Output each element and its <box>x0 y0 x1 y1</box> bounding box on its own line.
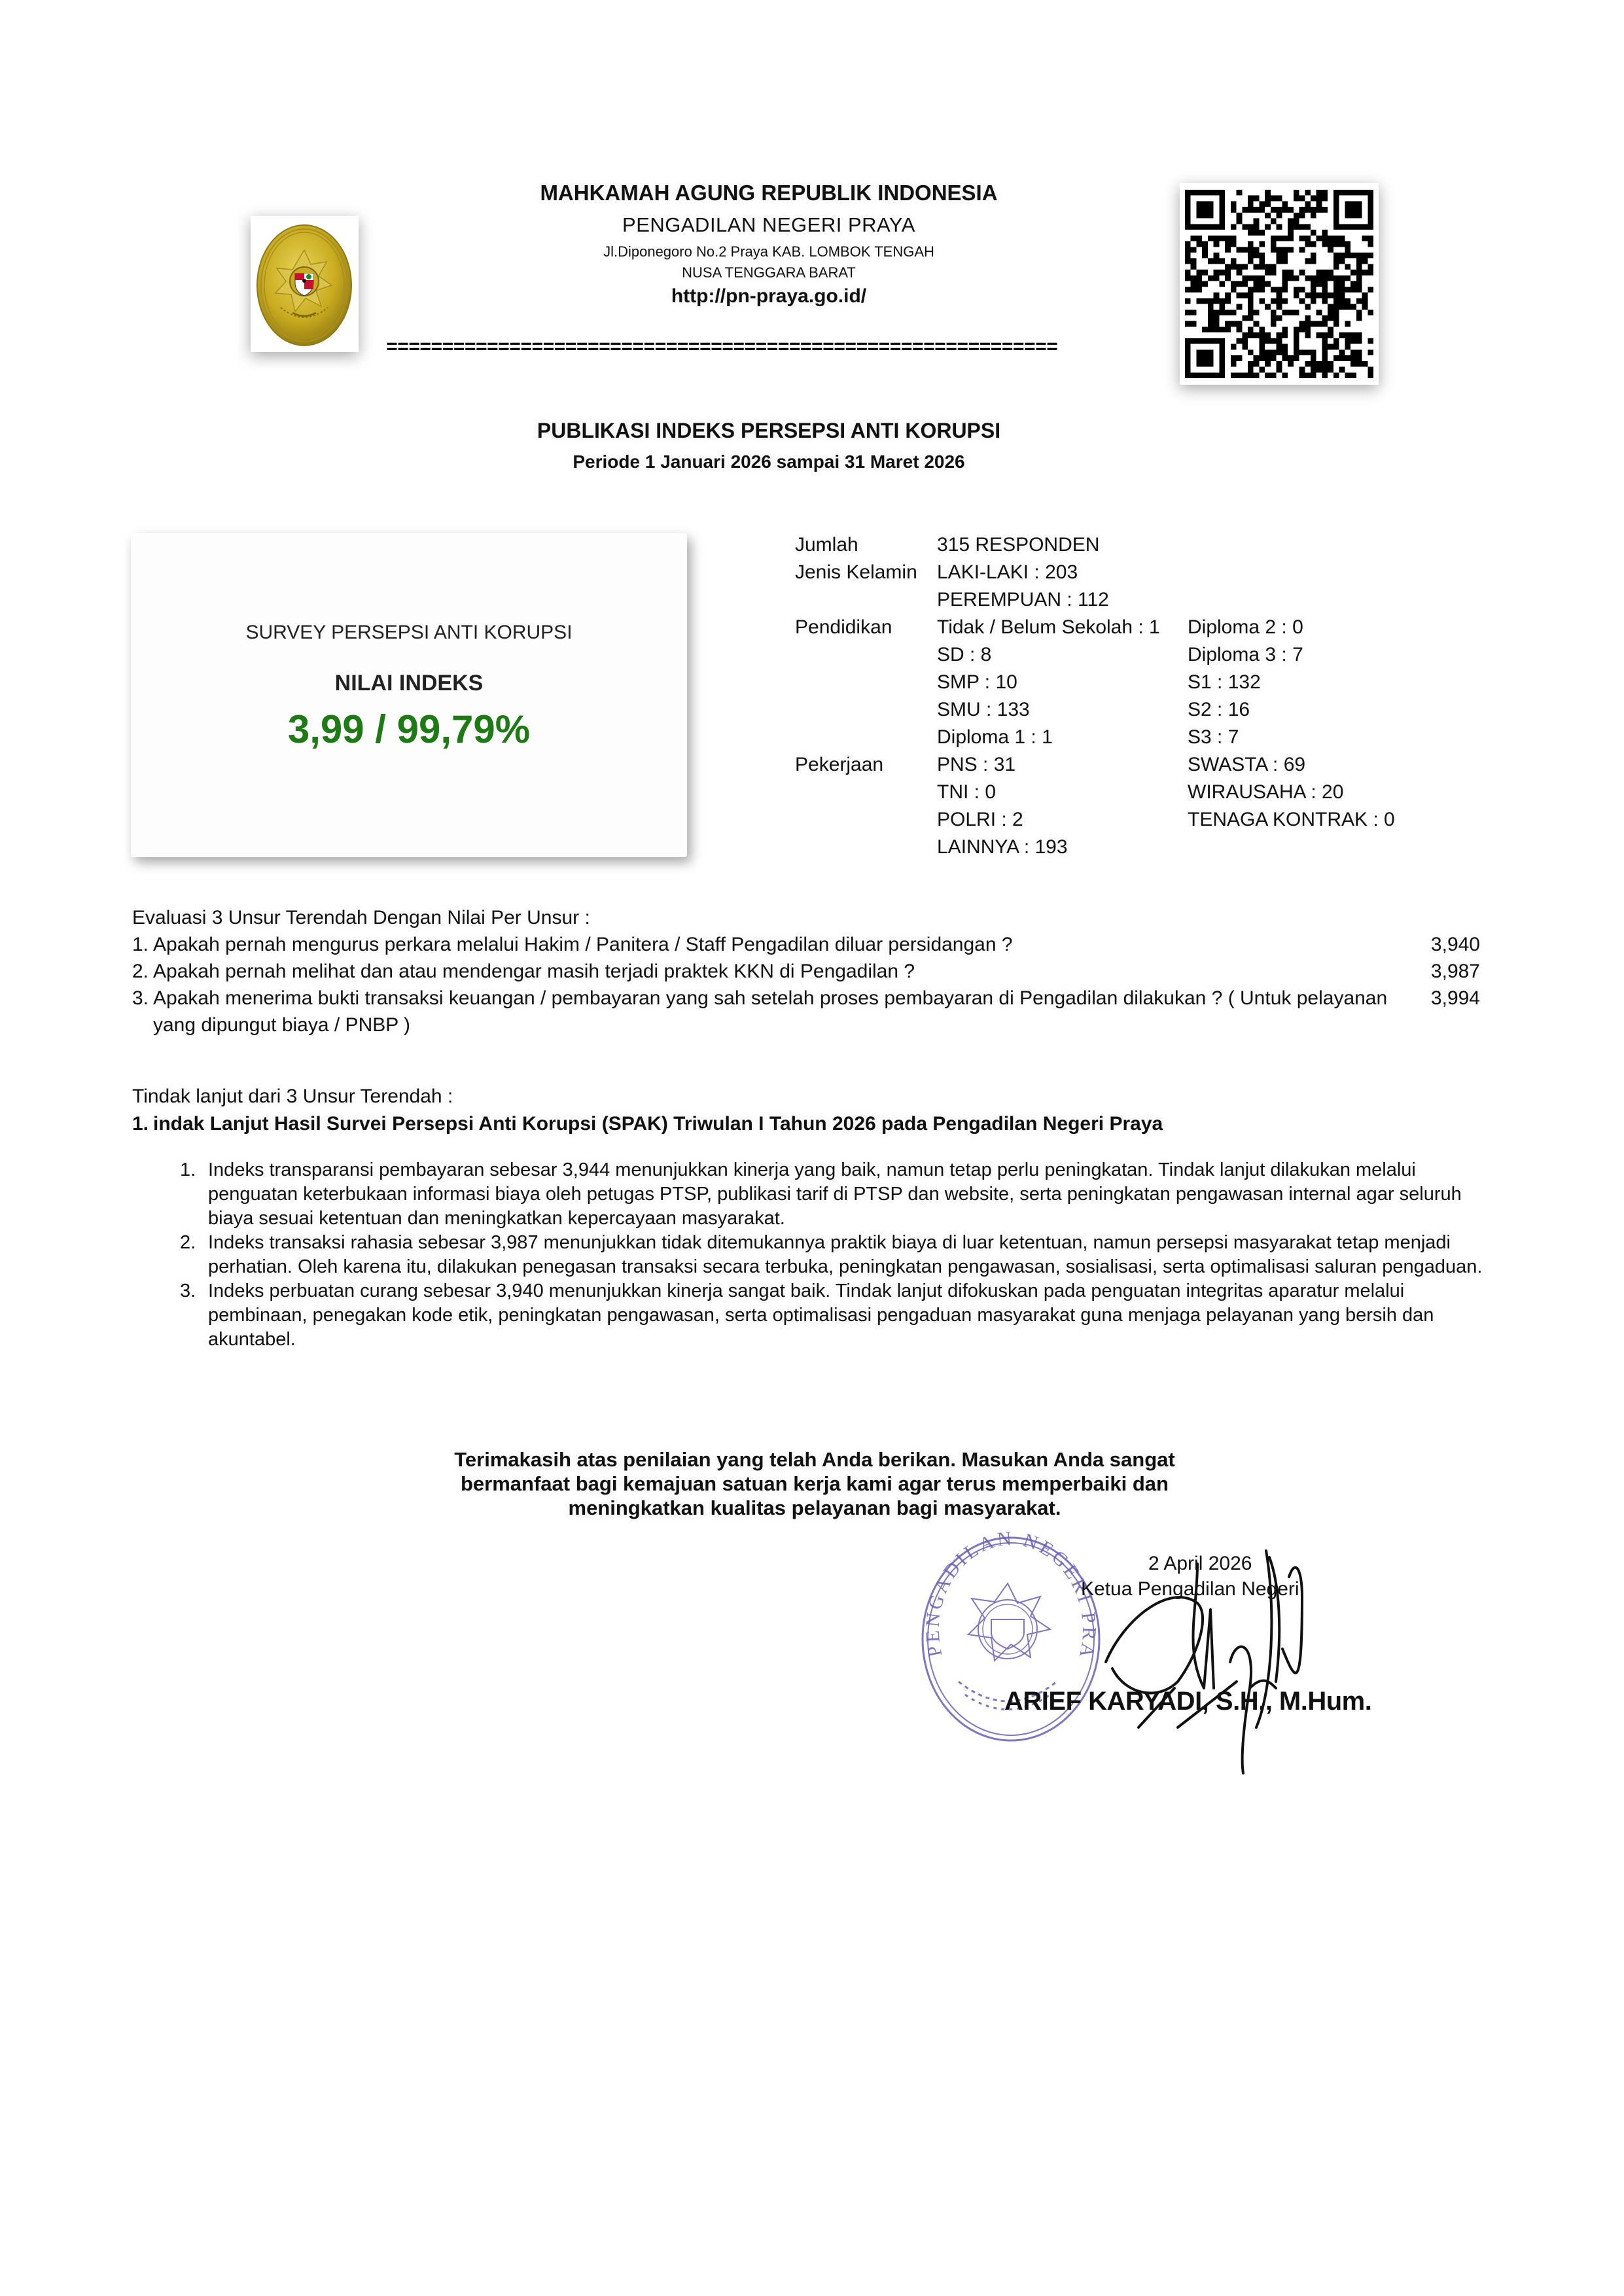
evaluation-item: 1. Apakah pernah mengurus perkara melalu… <box>132 931 1480 958</box>
evaluation-score: 3,940 <box>1431 931 1480 958</box>
sub-item-text: Indeks transparansi pembayaran sebesar 3… <box>208 1158 1502 1231</box>
follow-up-number: 1. <box>132 1110 153 1138</box>
evaluation-section: Evaluasi 3 Unsur Terendah Dengan Nilai P… <box>132 904 1480 1038</box>
occupation-label: Pekerjaan <box>795 751 883 779</box>
education-item: Tidak / Belum Sekolah : 1 <box>937 614 1160 641</box>
index-label: NILAI INDEKS <box>131 671 687 696</box>
education-item: SMU : 133 <box>937 696 1030 724</box>
court-name: PENGADILAN NEGERI PRAYA <box>458 213 1080 237</box>
jumlah-label: Jumlah <box>795 531 858 559</box>
evaluation-number: 3. <box>132 985 153 1038</box>
follow-up-sub-item: 1. Indeks transparansi pembayaran sebesa… <box>180 1158 1502 1231</box>
follow-up-section: Tindak lanjut dari 3 Unsur Terendah : 1.… <box>132 1083 1506 1138</box>
publication-period: Periode 1 Januari 2026 sampai 31 Maret 2… <box>393 451 1145 472</box>
thank-you-line: bermanfaat bagi kemajuan satuan kerja ka… <box>406 1472 1224 1496</box>
education-item: S3 : 7 <box>1188 724 1239 751</box>
education-label: Pendidikan <box>795 614 892 641</box>
evaluation-number: 1. <box>132 931 153 958</box>
follow-up-sub-item: 3. Indeks perbuatan curang sebesar 3,940… <box>180 1279 1502 1352</box>
evaluation-item: 2. Apakah pernah melihat dan atau menden… <box>132 958 1480 985</box>
occupation-item: POLRI : 2 <box>937 806 1023 834</box>
sub-item-text: Indeks transaksi rahasia sebesar 3,987 m… <box>208 1231 1502 1279</box>
index-summary-card: SURVEY PERSEPSI ANTI KORUPSI NILAI INDEK… <box>131 533 687 857</box>
qr-code <box>1180 183 1379 385</box>
education-item: S1 : 132 <box>1188 669 1261 696</box>
evaluation-number: 2. <box>132 958 153 985</box>
evaluation-question: Apakah menerima bukti transaksi keuangan… <box>153 985 1480 1038</box>
evaluation-score: 3,987 <box>1431 958 1480 985</box>
evaluation-question: Apakah pernah mengurus perkara melalui H… <box>153 931 1480 958</box>
sub-item-number: 3. <box>180 1279 208 1352</box>
follow-up-title: indak Lanjut Hasil Survei Persepsi Anti … <box>153 1110 1163 1138</box>
qr-code-icon <box>1185 190 1373 378</box>
address-line-1: Jl.Diponegoro No.2 Praya KAB. LOMBOK TEN… <box>458 243 1080 260</box>
jumlah-value: 315 RESPONDEN <box>937 531 1099 559</box>
education-item: SD : 8 <box>937 641 991 669</box>
follow-up-list: 1. Indeks transparansi pembayaran sebesa… <box>180 1158 1502 1352</box>
education-item: SMP : 10 <box>937 669 1017 696</box>
thank-you-message: Terimakasih atas penilaian yang telah An… <box>406 1447 1224 1520</box>
handwritten-signature <box>1099 1531 1335 1783</box>
follow-up-main-item: 1. indak Lanjut Hasil Survei Persepsi An… <box>132 1110 1506 1138</box>
occupation-item: LAINNYA : 193 <box>937 834 1068 861</box>
education-item: S2 : 16 <box>1188 696 1250 724</box>
education-item: Diploma 2 : 0 <box>1188 614 1303 641</box>
occupation-item: SWASTA : 69 <box>1188 751 1305 779</box>
header-separator: ========================================… <box>386 335 1152 361</box>
education-item: Diploma 3 : 7 <box>1188 641 1303 669</box>
evaluation-heading: Evaluasi 3 Unsur Terendah Dengan Nilai P… <box>132 904 1480 931</box>
education-item: Diploma 1 : 1 <box>937 724 1053 751</box>
evaluation-item: 3. Apakah menerima bukti transaksi keuan… <box>132 985 1480 1038</box>
evaluation-score: 3,994 <box>1431 985 1480 1012</box>
follow-up-sub-item: 2. Indeks transaksi rahasia sebesar 3,98… <box>180 1231 1502 1279</box>
occupation-item: TENAGA KONTRAK : 0 <box>1188 806 1395 834</box>
mahkamah-agung-logo <box>251 216 359 352</box>
website-link[interactable]: http://pn-praya.go.id/ <box>458 285 1080 308</box>
publication-title: PUBLIKASI INDEKS PERSEPSI ANTI KORUPSI <box>393 419 1145 443</box>
occupation-item: WIRAUSAHA : 20 <box>1188 779 1343 806</box>
stamp-text: PENGADILAN NEGERI PRAYA <box>913 1531 1100 1660</box>
address-line-2: NUSA TENGGARA BARAT <box>458 264 1080 281</box>
follow-up-heading: Tindak lanjut dari 3 Unsur Terendah : <box>132 1083 1506 1110</box>
gender-label: Jenis Kelamin <box>795 559 917 586</box>
evaluation-question: Apakah pernah melihat dan atau mendengar… <box>153 958 1480 985</box>
institution-name: MAHKAMAH AGUNG REPUBLIK INDONESIA <box>458 181 1080 205</box>
survey-label: SURVEY PERSEPSI ANTI KORUPSI <box>131 622 687 644</box>
occupation-item: PNS : 31 <box>937 751 1015 779</box>
gender-female: PEREMPUAN : 112 <box>937 586 1109 614</box>
court-seal-stamp: PENGADILAN NEGERI PRAYA <box>913 1531 1109 1750</box>
sub-item-text: Indeks perbuatan curang sebesar 3,940 me… <box>208 1279 1502 1352</box>
sub-item-number: 2. <box>180 1231 208 1279</box>
sub-item-number: 1. <box>180 1158 208 1231</box>
gender-male: LAKI-LAKI : 203 <box>937 559 1078 586</box>
occupation-item: TNI : 0 <box>937 779 996 806</box>
thank-you-line: meningkatkan kualitas pelayanan bagi mas… <box>406 1496 1224 1520</box>
index-value: 3,99 / 99,79% <box>131 707 687 752</box>
svg-text:PENGADILAN NEGERI PRAYA: PENGADILAN NEGERI PRAYA <box>913 1531 1100 1660</box>
handwritten-signature-icon <box>1099 1531 1335 1780</box>
thank-you-line: Terimakasih atas penilaian yang telah An… <box>406 1447 1224 1472</box>
mahkamah-agung-emblem-icon <box>251 216 359 352</box>
